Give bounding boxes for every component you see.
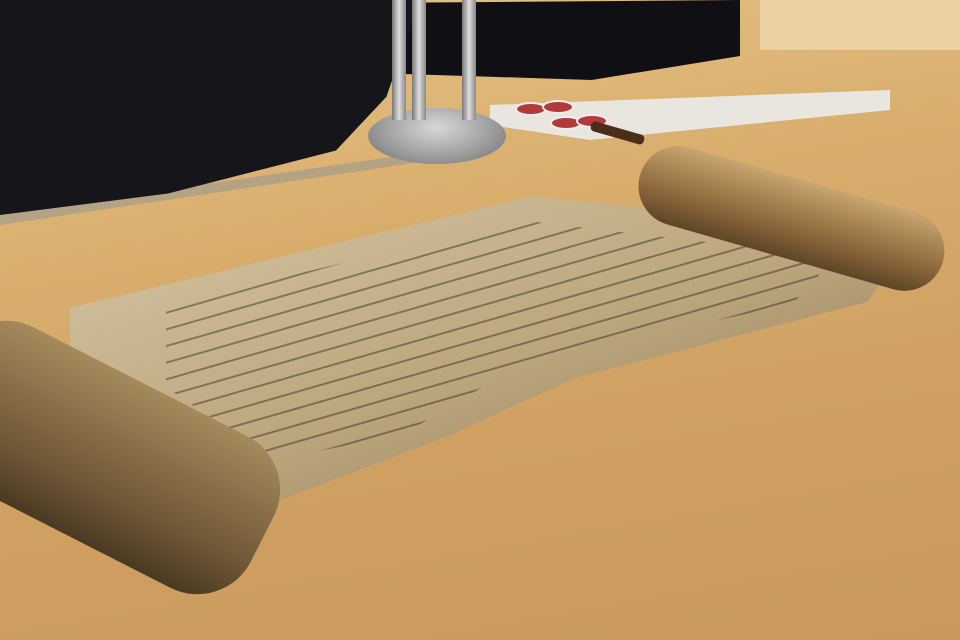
stand-pole — [392, 0, 406, 120]
metal-stand-base — [368, 108, 506, 164]
stand-pole — [412, 0, 426, 120]
red-button — [542, 100, 574, 114]
black-cloth-left — [0, 0, 420, 215]
stand-pole — [462, 0, 476, 120]
control-panel — [490, 90, 890, 140]
background-shelf — [760, 0, 960, 50]
